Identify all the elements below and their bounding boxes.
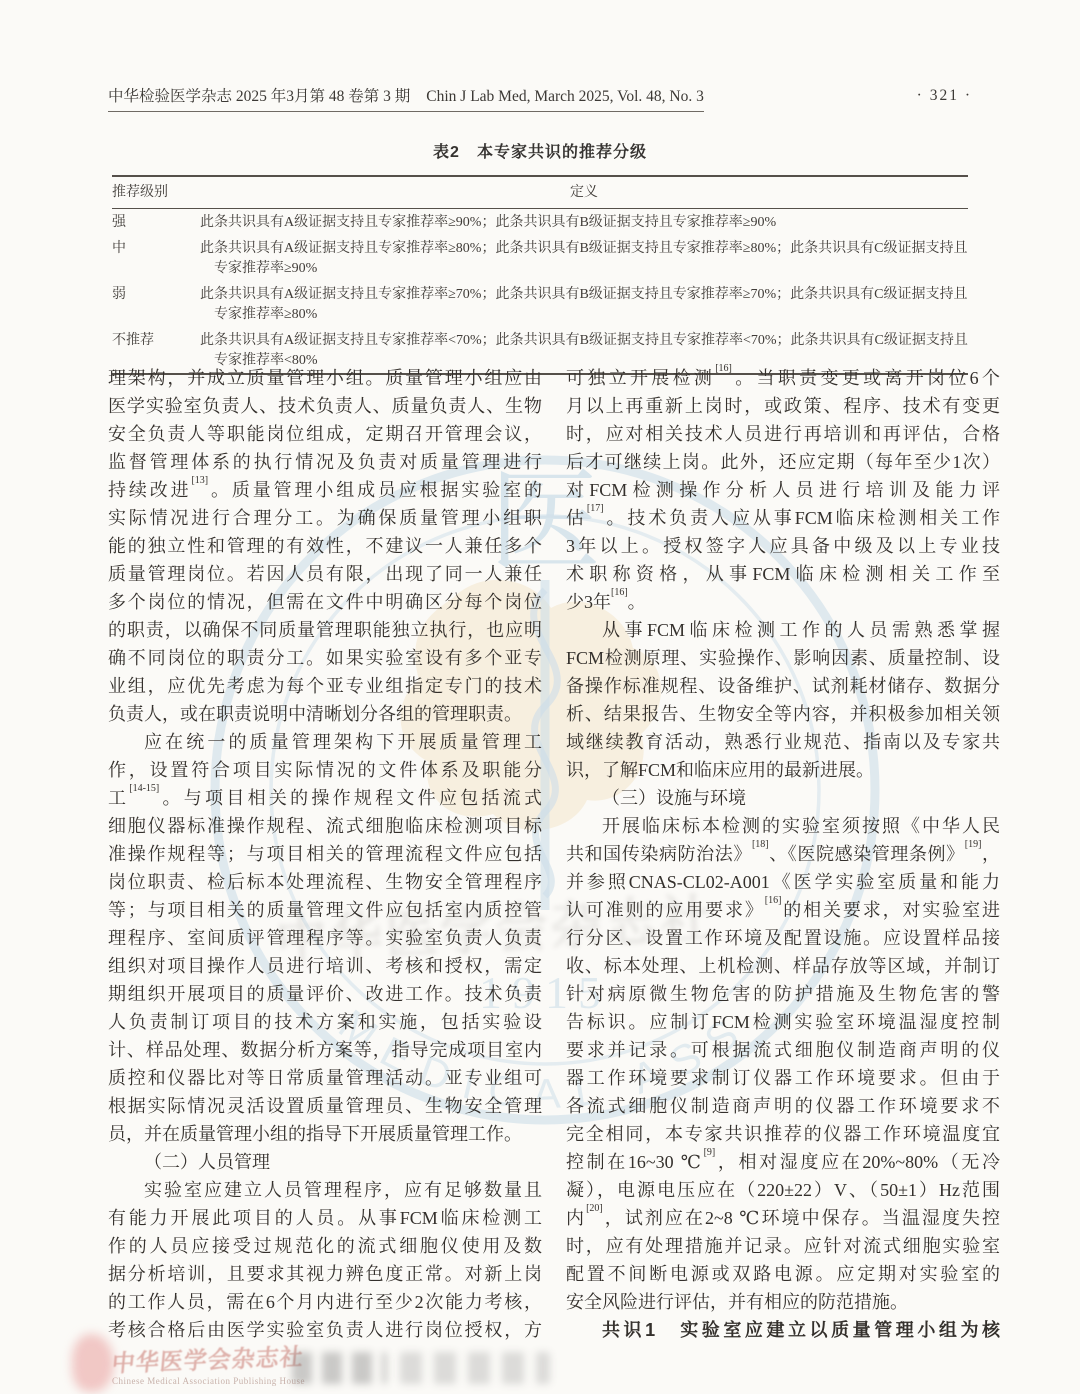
text-line: 业组，应优先考虑为每个亚专业组指定专门的技术 <box>108 672 542 700</box>
table-header-row: 推荐级别 定义 <box>112 176 968 208</box>
text-line: 完全相同，本专家共识推荐的仪器工作环境温度宜 <box>566 1120 1000 1148</box>
publisher-name-en: Chinese Medical Association Publishing H… <box>112 1376 305 1386</box>
text-line: 理架构，并成立质量管理小组。质量管理小组应由 <box>108 364 542 392</box>
text-line: 安全负责人等职能岗位组成，定期召开管理会议， <box>108 420 542 448</box>
text-line: 要求并记录。可根据流式细胞仪制造商声明的仪 <box>566 1036 1000 1064</box>
text-line: （二）人员管理 <box>108 1148 542 1176</box>
table-row: 弱此条共识具有A级证据支持且专家推荐率≥70%；此条共识具有B级证据支持且专家推… <box>112 281 968 327</box>
text-line: 告标识。应制订FCM检测实验室环境温湿度控制 <box>566 1008 1000 1036</box>
page-header: · 321 · 中华检验医学杂志 2025 年3月第 48 卷第 3 期Chin… <box>108 84 972 112</box>
text-line: 后才可继续上岗。此外，还应定期（每年至少1次） <box>566 448 1000 476</box>
text-line: 持续改进[13]。质量管理小组成员应根据实验室的 <box>108 476 542 504</box>
text-line: 析、结果报告、生物安全等内容，并积极参加相关领 <box>566 700 1000 728</box>
blurred-stamp <box>400 1352 550 1384</box>
text-line: 组织对项目操作人员进行培训、考核和授权，需定 <box>108 952 542 980</box>
text-line: 质量管理岗位。若因人员有限，出现了同一人兼任 <box>108 560 542 588</box>
text-line: 收、标本处理、上机检测、样品存放等区域，并制订 <box>566 952 1000 980</box>
publisher-seal-watermark: 中华医学会杂志社 Chinese Medical Association Pub… <box>112 1342 305 1386</box>
text-line: 域继续教育活动，熟悉行业规范、指南以及专家共 <box>566 728 1000 756</box>
page-number: · 321 · <box>917 87 972 105</box>
grade-definition-cell: 此条共识具有A级证据支持且专家推荐率≥70%；此条共识具有B级证据支持且专家推荐… <box>200 281 968 327</box>
text-line: 估[17]。技术负责人应从事FCM临床检测相关工作 <box>566 504 1000 532</box>
body-column-right: 可独立开展检测[16]。当职责变更或离开岗位6个月以上再重新上岗时，或政策、程序… <box>566 364 1000 1344</box>
text-line: 少3年[16]。 <box>566 588 1000 616</box>
table-title: 表2 本专家共识的推荐分级 <box>0 139 1080 162</box>
publisher-name-script: 中华医学会杂志社 <box>111 1339 307 1379</box>
text-line: 共和国传染病防治法》[18]、《医院感染管理条例》[19]， <box>566 840 1000 868</box>
text-line: 的职责，以确保不同质量管理职能独立执行，也应明 <box>108 616 542 644</box>
journal-page: 医 1915 MEDICAL ASS 中华医学会杂志社 · 321 · 中华检验… <box>0 0 1080 1394</box>
text-line: 岗位职责、检后标本处理流程、生物安全管理程序 <box>108 868 542 896</box>
text-line: 的工作人员，需在6个月内进行至少2次能力考核， <box>108 1288 542 1316</box>
text-line: 行分区、设置工作环境及配置设施。应设置样品接 <box>566 924 1000 952</box>
grade-definition-cell: 此条共识具有A级证据支持且专家推荐率≥90%；此条共识具有B级证据支持且专家推荐… <box>200 208 968 235</box>
grade-level-cell: 强 <box>112 208 200 235</box>
text-line: 等；与项目相关的质量管理文件应包括室内质控管 <box>108 896 542 924</box>
text-line: 细胞仪器标准操作规程、流式细胞临床检测项目标 <box>108 812 542 840</box>
blurred-stamp <box>292 1352 387 1384</box>
table-row: 强此条共识具有A级证据支持且专家推荐率≥90%；此条共识具有B级证据支持且专家推… <box>112 208 968 235</box>
text-line: 人负责制订项目的技术方案和实施，包括实验设 <box>108 1008 542 1036</box>
text-line: 期组织开展项目的质量评价、改进工作。技术负责 <box>108 980 542 1008</box>
recommendation-grading-table: 推荐级别 定义 强此条共识具有A级证据支持且专家推荐率≥90%；此条共识具有B级… <box>112 175 968 375</box>
text-line: 质控和仪器比对等日常质量管理活动。亚专业组可 <box>108 1064 542 1092</box>
text-line: 术职称资格，从事FCM临床检测相关工作至 <box>566 560 1000 588</box>
text-line: 有能力开展此项目的人员。从事FCM临床检测工 <box>108 1204 542 1232</box>
text-line: （三）设施与环境 <box>566 784 1000 812</box>
text-line: 月以上再重新上岗时，或政策、程序、技术有变更 <box>566 392 1000 420</box>
text-line: 凝），电源电压应在（220±22）V、（50±1）Hz范围 <box>566 1176 1000 1204</box>
text-line: 考核合格后由医学实验室负责人进行岗位授权，方 <box>108 1316 542 1344</box>
text-line: 能的独立性和管理的有效性，不建议一人兼任多个 <box>108 532 542 560</box>
text-line: 时，应对相关技术人员进行再培训和再评估，合格 <box>566 420 1000 448</box>
text-line: 器工作环境要求制订仪器工作环境要求。但由于 <box>566 1064 1000 1092</box>
text-line: 准操作规程等；与项目相关的管理流程文件应包括 <box>108 840 542 868</box>
text-line: 确不同岗位的职责分工。如果实验室设有多个亚专 <box>108 644 542 672</box>
text-line: 监督管理体系的执行情况及负责对质量管理进行 <box>108 448 542 476</box>
column-header-level: 推荐级别 <box>112 176 200 208</box>
text-line: 认可准则的应用要求》[16]的相关要求，对实验室进 <box>566 896 1000 924</box>
text-line: 作的人员应接受过规范化的流式细胞仪使用及数 <box>108 1232 542 1260</box>
text-line: 时，应有处理措施并记录。应针对流式细胞实验室 <box>566 1232 1000 1260</box>
text-line: 据分析培训，且要求其视力辨色度正常。对新上岗 <box>108 1260 542 1288</box>
text-line: 对FCM检测操作分析人员进行培训及能力评 <box>566 476 1000 504</box>
text-line: 医学实验室负责人、技术负责人、质量负责人、生物 <box>108 392 542 420</box>
journal-citation-zh: 中华检验医学杂志 2025 年3月第 48 卷第 3 期 <box>108 88 410 105</box>
text-line: 配置不间断电源或双路电源。应定期对实验室的 <box>566 1260 1000 1288</box>
text-line: 3年以上。授权签字人应具备中级及以上专业技 <box>566 532 1000 560</box>
text-line: 负责人，或在职责说明中清晰划分各组的管理职责。 <box>108 700 542 728</box>
text-line: 可独立开展检测[16]。当职责变更或离开岗位6个 <box>566 364 1000 392</box>
grade-level-cell: 中 <box>112 235 200 281</box>
text-line: 计、样品处理、数据分析方案等，指导完成项目室内 <box>108 1036 542 1064</box>
text-line: 并参照CNAS-CL02-A001《医学实验室质量和能力 <box>566 868 1000 896</box>
text-line: 根据实际情况灵活设置质量管理员、生物安全管理 <box>108 1092 542 1120</box>
text-line: 实际情况进行合理分工。为确保质量管理小组职 <box>108 504 542 532</box>
column-header-definition: 定义 <box>200 176 968 208</box>
text-line: 内[20]，试剂应在2~8 ℃环境中保存。当温湿度失控 <box>566 1204 1000 1232</box>
text-line: 理程序、室间质评管理程序等。实验室负责人负责 <box>108 924 542 952</box>
body-column-left: 理架构，并成立质量管理小组。质量管理小组应由医学实验室负责人、技术负责人、质量负… <box>108 364 542 1344</box>
text-line: 作，设置符合项目实际情况的文件体系及职能分 <box>108 756 542 784</box>
text-line: 共识1 实验室应建立以质量管理小组为核 <box>566 1316 1000 1344</box>
text-line: 识，了解FCM和临床应用的最新进展。 <box>566 756 1000 784</box>
journal-citation: 中华检验医学杂志 2025 年3月第 48 卷第 3 期Chin J Lab M… <box>108 84 704 112</box>
grade-level-cell: 弱 <box>112 281 200 327</box>
text-line: 开展临床标本检测的实验室须按照《中华人民 <box>566 812 1000 840</box>
journal-citation-en: Chin J Lab Med, March 2025, Vol. 48, No.… <box>426 88 704 105</box>
text-line: 员，并在质量管理小组的指导下开展质量管理工作。 <box>108 1120 542 1148</box>
text-line: 多个岗位的情况，但需在文件中明确区分每个岗位 <box>108 588 542 616</box>
text-line: 实验室应建立人员管理程序，应有足够数量且 <box>108 1176 542 1204</box>
text-line: 各流式细胞仪制造商声明的仪器工作环境要求不 <box>566 1092 1000 1120</box>
text-line: 应在统一的质量管理架构下开展质量管理工 <box>108 728 542 756</box>
table-row: 中此条共识具有A级证据支持且专家推荐率≥80%；此条共识具有B级证据支持且专家推… <box>112 235 968 281</box>
text-line: 控制在16~30 ℃[9]，相对湿度应在20%~80%（无冷 <box>566 1148 1000 1176</box>
grade-definition-cell: 此条共识具有A级证据支持且专家推荐率≥80%；此条共识具有B级证据支持且专家推荐… <box>200 235 968 281</box>
text-line: 从事FCM临床检测工作的人员需熟悉掌握 <box>566 616 1000 644</box>
text-line: 工[14-15]。与项目相关的操作规程文件应包括流式 <box>108 784 542 812</box>
text-line: 安全风险进行评估，并有相应的防范措施。 <box>566 1288 1000 1316</box>
text-line: 备操作标准规程、设备维护、试剂耗材储存、数据分 <box>566 672 1000 700</box>
text-line: FCM检测原理、实验操作、影响因素、质量控制、设 <box>566 644 1000 672</box>
text-line: 针对病原微生物危害的防护措施及生物危害的警 <box>566 980 1000 1008</box>
